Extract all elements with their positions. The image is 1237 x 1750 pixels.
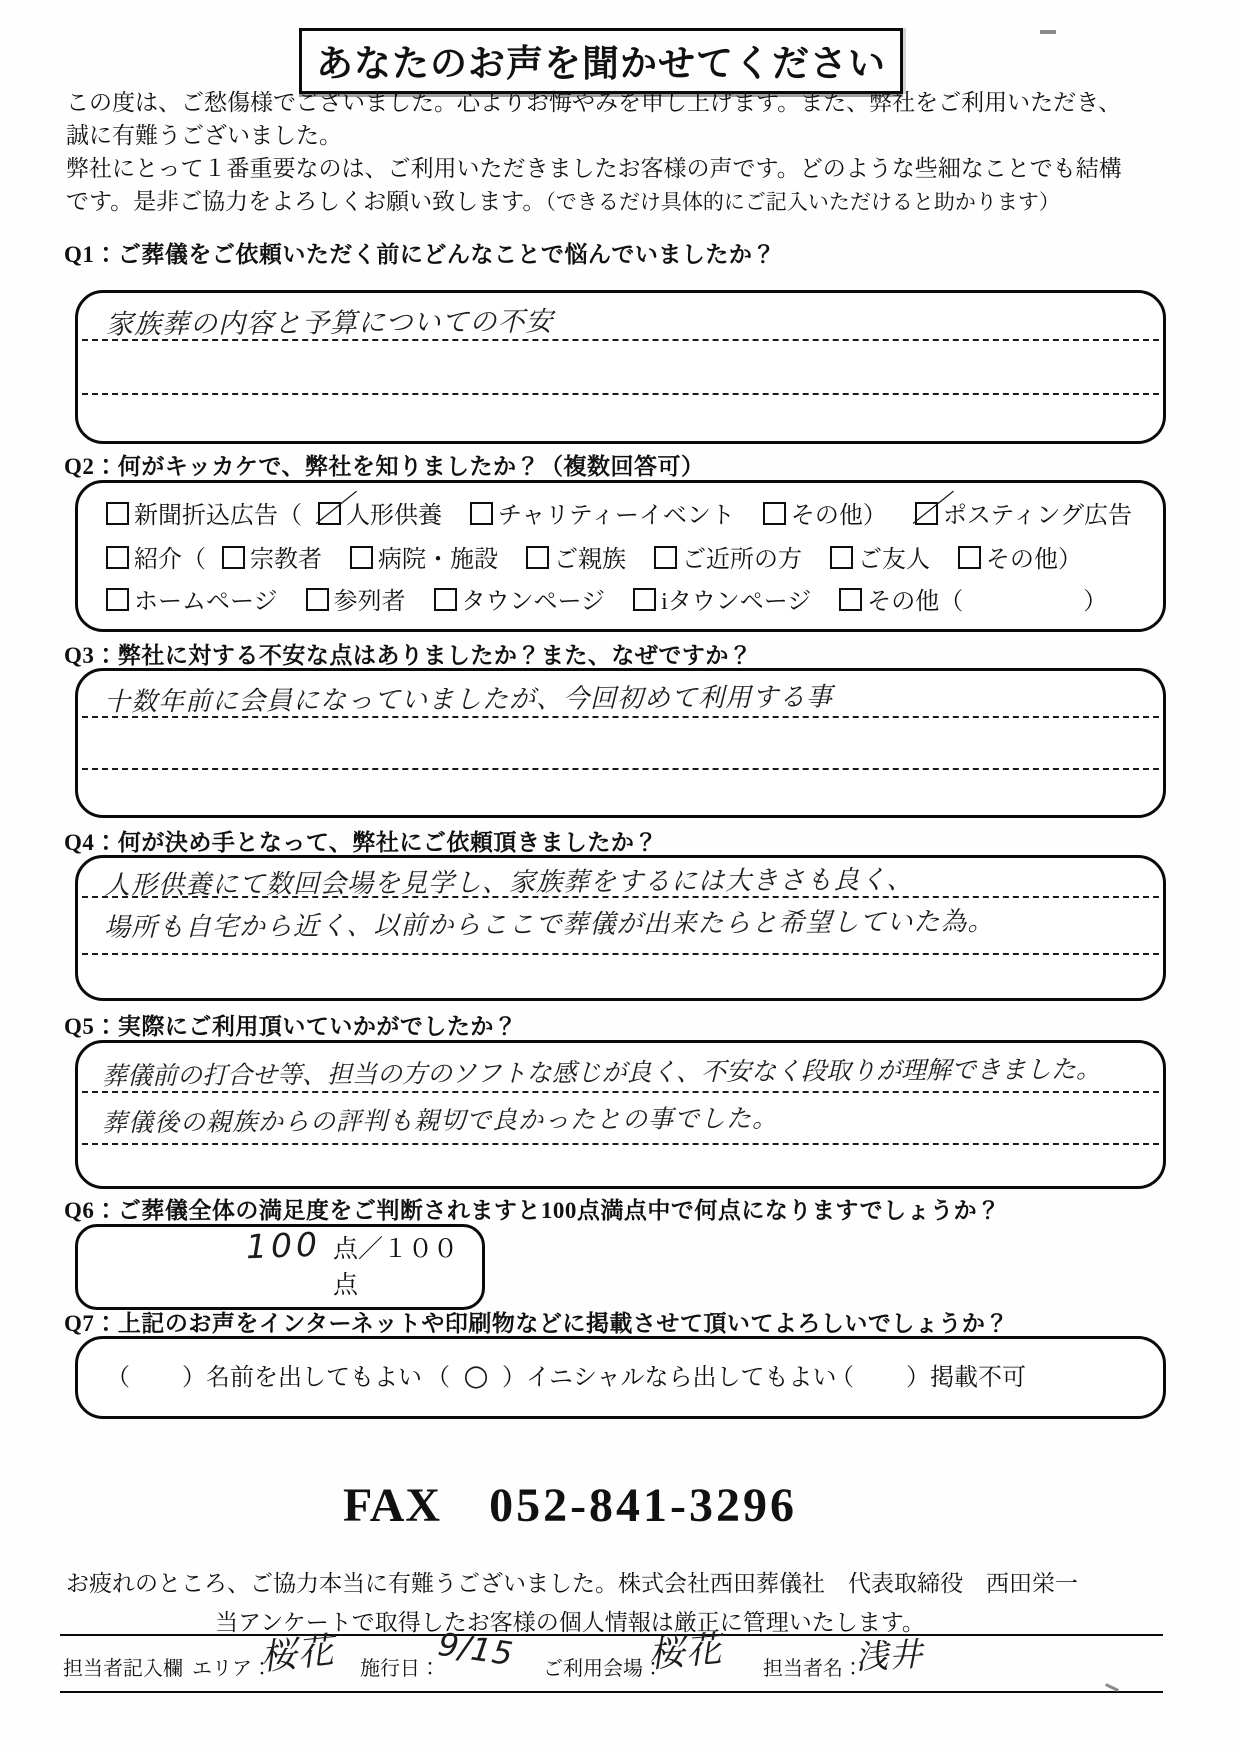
scan-artifact-top: [1040, 30, 1056, 34]
checkbox-icon: [106, 588, 129, 611]
q2-checkbox-newspaper-insert-ad: 新聞折込広告（: [106, 495, 302, 530]
checkbox-icon: [830, 546, 853, 569]
q2-checkbox-neighbors: ご近所の方: [654, 539, 802, 574]
q5-label: Q5：実際にご利用頂いていかがでしたか？: [64, 1008, 517, 1041]
q4-handwritten-answer-line2: 場所も自宅から近く、以前からここで葬儀が出来たらと希望していた為。: [104, 901, 995, 944]
staff-entry-row: 担当者記入欄 エリア： 桜花 施行日： 9/15 ご利用会場： 桜花 担当者名：…: [60, 1634, 1163, 1693]
q1-handwritten-answer: 家族葬の内容と予算についての不安: [106, 299, 554, 341]
q2-checkbox-attendee: 参列者: [306, 581, 406, 616]
q2-checkbox-other-3: その他（ ）: [839, 581, 1107, 616]
q2-checkbox-posting-ad: ／ポスティング広告: [915, 495, 1132, 530]
q2-checkbox-other-1: その他）: [763, 495, 887, 530]
checkbox-icon: [106, 502, 129, 525]
q7-mark-initials-ok: ○: [450, 1358, 502, 1392]
q7-options-box: （）名前を出してもよい （○）イニシャルなら出してもよい （）掲載不可: [75, 1336, 1166, 1419]
fax-number: 052-841-3296: [489, 1479, 797, 1532]
q3-answer-box: 十数年前に会員になっていましたが、今回初めて利用する事: [75, 668, 1166, 818]
q2-checkbox-other-2: その他）: [958, 539, 1082, 574]
q6-score-box: 100 点／１００点: [75, 1224, 485, 1310]
q2-checkbox-referral: 紹介（: [106, 539, 206, 574]
q2-checkbox-relatives: ご親族: [526, 539, 626, 574]
venue-handwritten-value: 桜花: [646, 1621, 724, 1678]
q7-label: Q7：上記のお声をインターネットや印刷物などに掲載させて頂いてよろしいでしょうか…: [64, 1305, 1009, 1338]
date-label: 施行日：: [360, 1652, 440, 1681]
q6-label: Q6：ご葬儀全体の満足度をご判断されますと100点満点中で何点になりますでしょう…: [64, 1192, 1001, 1225]
q2-checkbox-friends: ご友人: [830, 539, 930, 574]
q7-option-initials-ok: （○）イニシャルなら出してもよい: [426, 1357, 837, 1392]
checkbox-icon: [526, 546, 549, 569]
intro-text: この度は、ご愁傷様でございました。心よりお悔やみを申し上げます。また、弊社をご利…: [66, 86, 1128, 219]
checkbox-icon: [763, 502, 786, 525]
q2-row-2: 紹介（ 宗教者 病院・施設 ご親族 ご近所の方 ご友人 その他）: [106, 539, 1153, 574]
q6-handwritten-score: 100: [245, 1225, 321, 1267]
q3-handwritten-answer: 十数年前に会員になっていましたが、今回初めて利用する事: [104, 676, 833, 718]
q2-checkbox-charity-event: チャリティーイベント: [470, 495, 735, 530]
q1-label: Q1：ご葬儀をご依頼いただく前にどんなことで悩んでいましたか？: [64, 236, 776, 269]
intro-note: （できるだけ具体的にご記入いただけると助かります）: [545, 190, 1060, 214]
q7-option-show-name: （）名前を出してもよい: [106, 1357, 422, 1392]
fax-label: FAX: [343, 1479, 441, 1532]
checkbox-icon: [654, 546, 677, 569]
checkbox-icon: [633, 588, 656, 611]
q2-row-1: 新聞折込広告（ ／人形供養 チャリティーイベント その他） ／ポスティング広告: [106, 495, 1153, 530]
q4-label: Q4：何が決め手となって、弊社にご依頼頂きましたか？: [64, 824, 658, 857]
closing-thanks: お疲れのところ、ご協力本当に有難うございました。株式会社西田葬儀社 代表取締役 …: [66, 1565, 1161, 1598]
checkbox-icon: [470, 502, 493, 525]
q5-handwritten-answer-line2: 葬儀後の親族からの評判も親切で良かったとの事でした。: [102, 1099, 778, 1140]
q5-dashed-line-2: [82, 1143, 1159, 1145]
checkbox-icon: [306, 588, 329, 611]
q2-options-box: 新聞折込広告（ ／人形供養 チャリティーイベント その他） ／ポスティング広告 …: [75, 480, 1166, 632]
q7-option-no-publish: （）掲載不可: [830, 1357, 1026, 1392]
q2-row-3: ホームページ 参列者 タウンページ iタウンページ その他（ ）: [106, 581, 1153, 616]
checkbox-icon: [434, 588, 457, 611]
q2-checkbox-i-town-page: iタウンページ: [633, 581, 811, 616]
q1-answer-box: 家族葬の内容と予算についての不安: [75, 290, 1166, 444]
q3-dashed-line-1: [82, 716, 1159, 718]
staff-name-handwritten-value: 浅井: [854, 1628, 924, 1678]
venue-label: ご利用会場：: [543, 1652, 663, 1681]
q3-dashed-line-2: [82, 768, 1159, 770]
survey-form-scan: あなたのお声を聞かせてください この度は、ご愁傷様でございました。心よりお悔やみ…: [0, 0, 1237, 1750]
intro-paragraph-1: この度は、ご愁傷様でございました。心よりお悔やみを申し上げます。また、弊社をご利…: [66, 86, 1128, 152]
q2-checkbox-hospital-facility: 病院・施設: [350, 539, 498, 574]
checkbox-icon: [839, 588, 862, 611]
q4-dashed-line-1: [82, 896, 1159, 898]
q2-checkbox-homepage: ホームページ: [106, 581, 278, 616]
q2-checkbox-doll-memorial: ／人形供養: [318, 495, 442, 530]
closing-privacy: 当アンケートで取得したお客様の個人情報は厳正に管理いたします。: [0, 1604, 1140, 1637]
checkbox-icon: [222, 546, 245, 569]
checkbox-icon: [958, 546, 981, 569]
form-title: あなたのお声を聞かせてください: [299, 28, 903, 94]
q4-answer-box: 人形供養にて数回会場を見学し、家族葬をするには大きさも良く、 場所も自宅から近く…: [75, 855, 1166, 1001]
q5-dashed-line-1: [82, 1091, 1159, 1093]
q2-label: Q2：何がキッカケで、弊社を知りましたか？（複数回答可）: [64, 448, 704, 481]
area-handwritten-value: 桜花: [258, 1622, 337, 1680]
intro-paragraph-2: 弊社にとって１番重要なのは、ご利用いただきましたお客様の声です。どのような些細な…: [66, 152, 1128, 219]
q4-dashed-line-2: [82, 953, 1159, 955]
q6-score-suffix: 点／１００点: [333, 1229, 482, 1301]
staff-name-label: 担当者名：: [763, 1652, 863, 1681]
q5-answer-box: 葬儀前の打合せ等、担当の方のソフトな感じが良く、不安なく段取りが理解できました。…: [75, 1040, 1166, 1189]
check-mark: ／: [315, 492, 352, 528]
q3-label: Q3：弊社に対する不安な点はありましたか？また、なぜですか？: [64, 637, 752, 670]
checkbox-icon: [350, 546, 373, 569]
checkbox-icon: ／: [318, 502, 341, 525]
q2-checkbox-town-page: タウンページ: [434, 581, 606, 616]
q2-checkbox-religious: 宗教者: [222, 539, 322, 574]
checkbox-icon: ／: [915, 502, 938, 525]
q6-score-line: 100 点／１００点: [246, 1226, 482, 1301]
fax-line: FAX052-841-3296: [0, 1478, 1140, 1533]
q1-dashed-line-2: [82, 393, 1159, 395]
check-mark: ／: [912, 492, 949, 528]
staff-section-label: 担当者記入欄: [63, 1652, 183, 1681]
q5-handwritten-answer-line1: 葬儀前の打合せ等、担当の方のソフトな感じが良く、不安なく段取りが理解できました。: [102, 1050, 1101, 1093]
checkbox-icon: [106, 546, 129, 569]
q1-dashed-line-1: [82, 339, 1159, 341]
